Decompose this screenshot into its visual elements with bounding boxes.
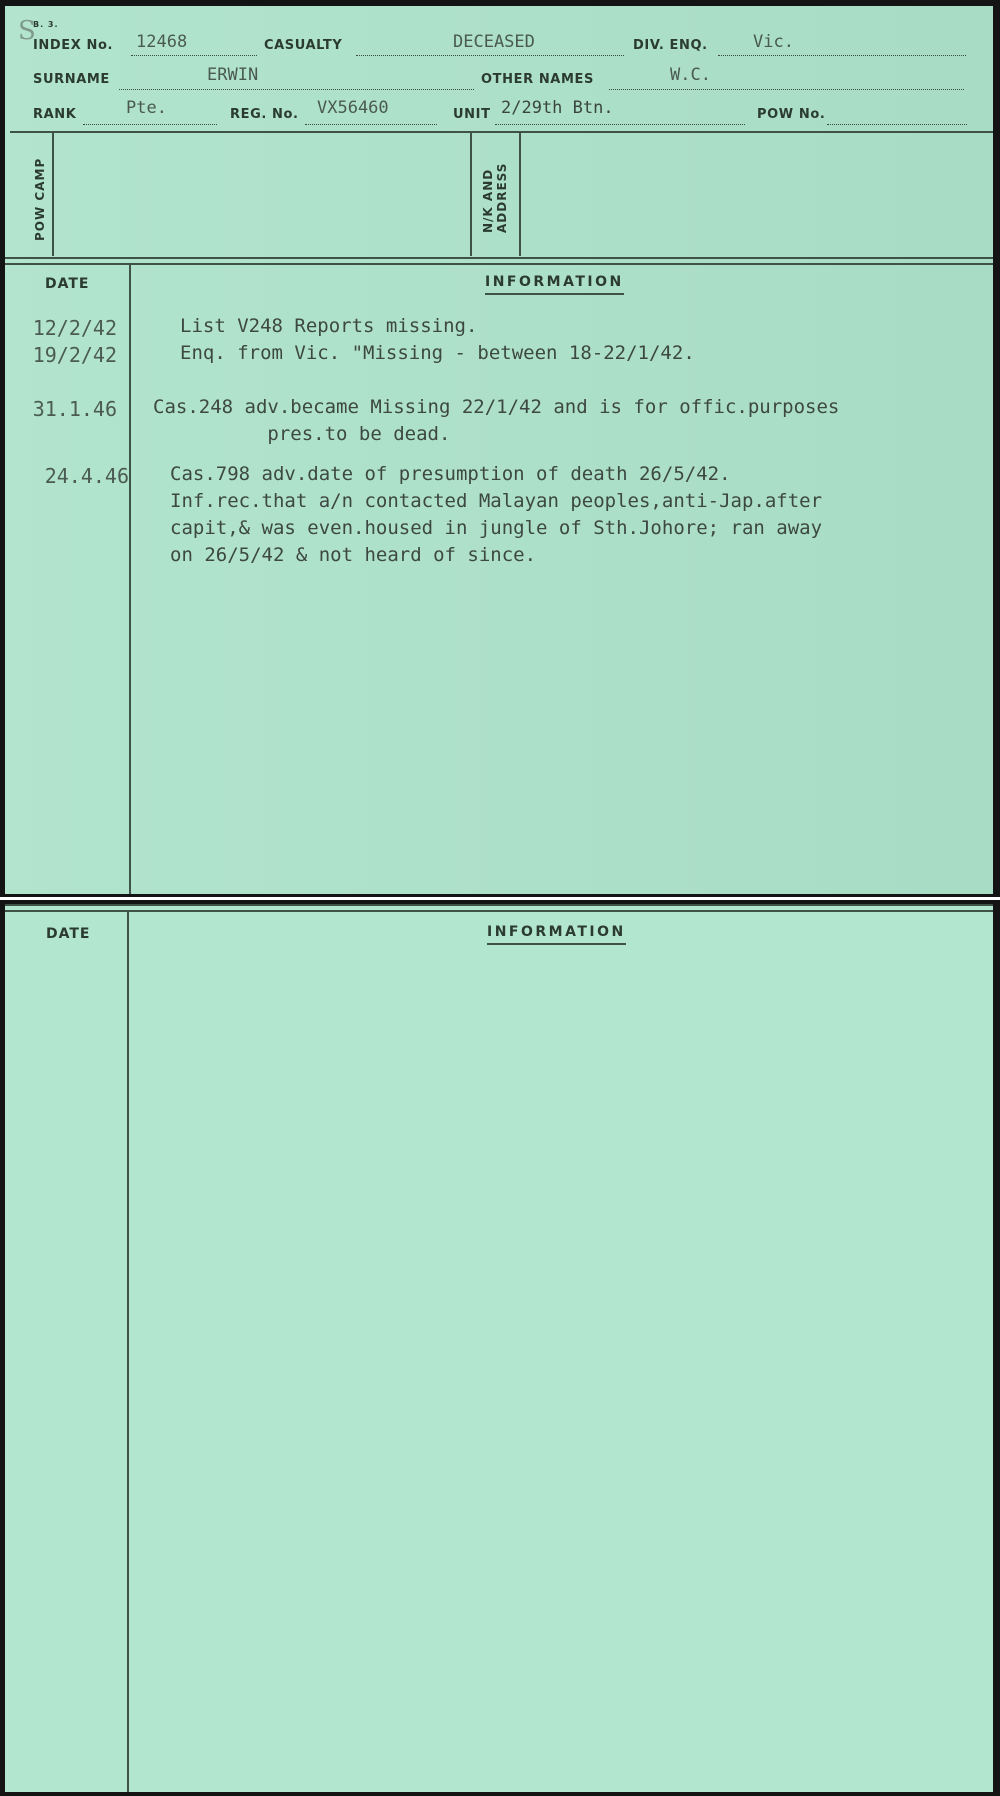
- column-divider: [129, 265, 131, 894]
- surname-value: ERWIN: [207, 65, 258, 85]
- divider-line: [519, 133, 521, 256]
- index-no-dots: [131, 55, 257, 56]
- divider-line: [5, 910, 993, 912]
- entry-date: 19/2/42: [33, 343, 117, 367]
- column-divider: [127, 912, 129, 1792]
- unit-label: UNIT: [453, 107, 491, 122]
- rank-value: Pte.: [126, 98, 167, 118]
- divider-line: [5, 904, 993, 906]
- div-enq-dots: [718, 55, 966, 56]
- pow-no-label: POW No.: [757, 107, 825, 122]
- index-no-value: 12468: [136, 32, 187, 52]
- entry-information: List V248 Reports missing.: [180, 313, 477, 340]
- reg-no-value: VX56460: [317, 98, 389, 118]
- unit-dots: [495, 124, 745, 125]
- card-separator: [0, 897, 1000, 900]
- rank-dots: [83, 124, 217, 125]
- date-column-label: DATE: [46, 926, 90, 942]
- divider-line: [5, 263, 993, 265]
- pow-camp-label: POW CAMP: [34, 158, 47, 241]
- unit-value: 2/29th Btn.: [501, 98, 614, 118]
- other-names-dots: [609, 89, 964, 90]
- divider-line: [470, 133, 472, 256]
- date-column-label: DATE: [45, 276, 89, 292]
- entry-information: Cas.248 adv.became Missing 22/1/42 and i…: [153, 394, 839, 448]
- index-card-front: S B. 3. INDEX No. 12468 CASUALTY DECEASE…: [5, 6, 993, 894]
- entry-date: 24.4.46: [45, 464, 129, 488]
- casualty-value: DECEASED: [453, 32, 535, 52]
- form-code: B. 3.: [33, 20, 59, 29]
- index-card-back: DATE INFORMATION: [5, 904, 993, 1792]
- divider-line: [5, 257, 993, 259]
- reg-no-dots: [305, 124, 437, 125]
- nk-address-label-line2: ADDRESS: [496, 163, 509, 233]
- rank-label: RANK: [33, 107, 76, 122]
- divider-line: [52, 133, 54, 256]
- information-column-label: INFORMATION: [487, 924, 626, 945]
- divider-line: [10, 131, 993, 133]
- casualty-label: CASUALTY: [264, 38, 342, 53]
- entry-date: 31.1.46: [33, 397, 117, 421]
- information-column-label: INFORMATION: [485, 274, 624, 295]
- other-names-label: OTHER NAMES: [481, 72, 594, 87]
- div-enq-label: DIV. ENQ.: [633, 38, 708, 53]
- other-names-value: W.C.: [670, 65, 711, 85]
- surname-label: SURNAME: [33, 72, 110, 87]
- reg-no-label: REG. No.: [230, 107, 299, 122]
- nk-address-label-line1: N/K AND: [482, 169, 495, 233]
- div-enq-value: Vic.: [753, 32, 794, 52]
- casualty-dots: [356, 55, 624, 56]
- entry-information: Enq. from Vic. "Missing - between 18-22/…: [180, 340, 695, 367]
- index-no-label: INDEX No.: [33, 38, 113, 53]
- entry-information: Cas.798 adv.date of presumption of death…: [170, 461, 822, 569]
- entry-date: 12/2/42: [33, 316, 117, 340]
- surname-dots: [119, 89, 474, 90]
- pow-no-dots: [827, 124, 967, 125]
